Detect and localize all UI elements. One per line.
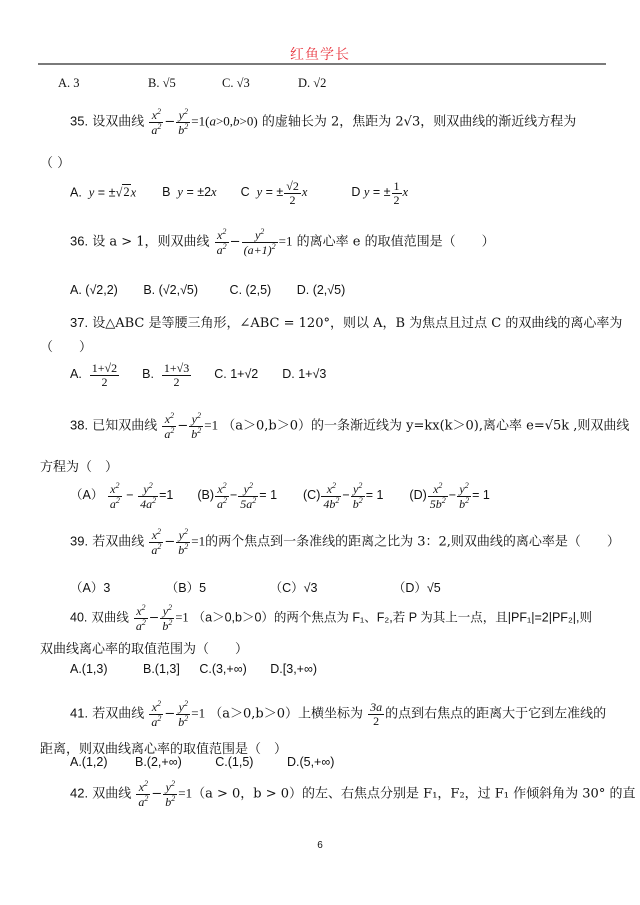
question-text: 若双曲线 xyxy=(92,535,144,550)
option-c: C.(3,+∞) xyxy=(199,662,246,676)
question-36: 36. 设 a > 1，则双曲线 x2a2−y2(a+1)2=1 的离心率 e … xyxy=(70,228,495,256)
option-a: A.(1,2) xyxy=(70,755,108,769)
option-c: C.(1,5) xyxy=(215,755,253,769)
option-a: （A）3 xyxy=(70,581,110,595)
fraction-3a-2: 3a2 xyxy=(368,701,384,727)
fraction-y2-a1sq: y2(a+1)2 xyxy=(242,228,278,256)
page-number: 6 xyxy=(0,840,640,851)
question-text: 设 a > 1，则双曲线 xyxy=(92,235,209,250)
question-text-after: （a > 0，b > 0）的左、右焦点分别是 F₁，F₂，过 F₁ 作倾斜角为 … xyxy=(192,787,635,802)
option-a: （A） x2a2 − y24a2=1 xyxy=(70,488,173,502)
option-row: A. (√2,2) B. (√2,√5) C. (2,5) D. (2,√5) xyxy=(70,283,345,297)
question-text-after: 的虚轴长为 2，焦距为 2√3，则双曲线的渐近线方程为 xyxy=(262,115,576,130)
question-number: 41. xyxy=(70,706,88,721)
header-divider xyxy=(38,63,606,65)
question-line2: 方程为（ ） xyxy=(40,456,118,475)
fraction-x2-a2: x2a2 xyxy=(136,780,150,808)
option-row: A. 1+√22 B. 1+√32 C. 1+√2 D. 1+√3 xyxy=(70,362,326,388)
prev-option-a: A. 3 xyxy=(58,76,80,91)
question-text-mid: （a＞0,b＞0）上横坐标为 xyxy=(209,707,363,722)
question-37: 37. 设△ABC 是等腰三角形，∠ABC = 120°，则以 A，B 为焦点且… xyxy=(70,312,622,331)
fraction-y2-b2: y2b2 xyxy=(189,412,203,440)
fraction-x2-a2: x2a2 xyxy=(149,108,163,136)
question-text: 双曲线 xyxy=(92,787,131,802)
option-c: C. 1+√2 xyxy=(214,367,258,381)
option-b: B. (√2,√5) xyxy=(143,283,198,297)
option-b: B y = ±2x xyxy=(162,185,216,199)
option-b: （B）5 xyxy=(166,581,206,595)
answer-blank: （ ） xyxy=(40,336,92,355)
question-text: 若双曲线 xyxy=(92,707,144,722)
option-b: B.(2,+∞) xyxy=(135,755,182,769)
question-number: 35. xyxy=(70,114,88,129)
question-text-after: 的两个焦点到一条准线的距离之比为 3：2,则双曲线的离心率是（ ） xyxy=(205,535,620,550)
option-c: (C)x24b2−y2b2= 1 xyxy=(303,488,383,502)
option-d: D y = ±12x xyxy=(351,185,408,199)
fraction-x2-a2: x2a2 xyxy=(134,604,148,632)
option-a: A. 1+√22 xyxy=(70,367,120,381)
document-header-title: 红鱼学长 xyxy=(0,44,640,64)
fraction-x2-a2: x2a2 xyxy=(149,528,163,556)
fraction-y2-b2: y2b2 xyxy=(163,780,177,808)
prev-option-b: B. √5 xyxy=(148,76,176,91)
question-40: 40. 双曲线 x2a2−y2b2=1 （a＞0,b＞0）的两个焦点为 F₁、F… xyxy=(70,604,592,632)
fraction-y2-b2: y2b2 xyxy=(176,528,190,556)
question-41: 41. 若双曲线 x2a2−y2b2=1 （a＞0,b＞0）上横坐标为 3a2的… xyxy=(70,700,606,728)
prev-option-c: C. √3 xyxy=(222,76,250,91)
option-d: D.[3,+∞) xyxy=(270,662,317,676)
option-a: A. y = ±√2x xyxy=(70,184,136,199)
option-b: B. 1+√32 xyxy=(142,367,192,381)
option-d: D. 1+√3 xyxy=(282,367,326,381)
question-number: 38. xyxy=(70,418,88,433)
question-42: 42. 双曲线 x2a2−y2b2=1（a > 0，b > 0）的左、右焦点分别… xyxy=(70,780,635,808)
option-row: A. y = ±√2x B y = ±2x C y = ±√22x D y = … xyxy=(70,180,408,206)
option-c: C y = ±√22x xyxy=(241,185,308,199)
option-row: A.(1,2) B.(2,+∞) C.(1,5) D.(5,+∞) xyxy=(70,755,334,769)
option-d: D.(5,+∞) xyxy=(287,755,334,769)
fraction-x2-a2: x2a2 xyxy=(149,700,163,728)
question-number: 37. xyxy=(70,315,88,330)
option-a: A.(1,3) xyxy=(70,662,108,676)
question-number: 40. xyxy=(70,611,87,625)
question-line2: 双曲线离心率的取值范围为（ ） xyxy=(40,638,248,657)
question-number: 42. xyxy=(70,786,88,801)
question-text: 设△ABC 是等腰三角形，∠ABC = 120°，则以 A，B 为焦点且过点 C… xyxy=(92,316,622,331)
option-d: D. (2,√5) xyxy=(297,283,346,297)
question-35: 35. 设双曲线 x2a2−y2b2=1(a>0,b>0) 的虚轴长为 2，焦距… xyxy=(70,108,576,136)
fraction-x2-a2: x2a2 xyxy=(215,228,229,256)
question-39: 39. 若双曲线 x2a2−y2b2=1的两个焦点到一条准线的距离之比为 3：2… xyxy=(70,528,620,556)
question-text: 已知双曲线 xyxy=(92,419,157,434)
question-38: 38. 已知双曲线 x2a2−y2b2=1 （a＞0,b＞0）的一条渐近线为 y… xyxy=(70,412,629,440)
question-text-after: （a＞0,b＞0）的一条渐近线为 y=kx(k＞0),离心率 e=√5k ,则双… xyxy=(222,419,629,434)
option-d: (D)x25b2−y2b2= 1 xyxy=(409,488,489,502)
answer-blank: （ ） xyxy=(40,152,70,171)
question-text-after: 的点到右焦点的距离大于它到左准线的 xyxy=(385,707,606,722)
question-text-after: 的离心率 e 的取值范围是（ ） xyxy=(297,235,495,250)
option-c: （C）√3 xyxy=(270,581,318,595)
option-row: （A）3 （B）5 （C）√3 （D）√5 xyxy=(70,578,441,596)
option-c: C. (2,5) xyxy=(230,283,272,297)
question-text: 设双曲线 xyxy=(92,115,144,130)
question-text-after: （a＞0,b＞0）的两个焦点为 F₁、F₂,若 P 为其上一点，且|PF₁|=2… xyxy=(193,611,592,625)
question-text: 双曲线 xyxy=(91,610,129,625)
fraction-x2-a2: x2a2 xyxy=(162,412,176,440)
option-d: （D）√5 xyxy=(393,581,441,595)
fraction-y2-b2: y2b2 xyxy=(160,604,174,632)
prev-option-d: D. √2 xyxy=(298,76,326,91)
option-a: A. (√2,2) xyxy=(70,283,118,297)
fraction-y2-b2: y2b2 xyxy=(176,700,190,728)
option-b: (B)x2a2−y25a2= 1 xyxy=(197,488,277,502)
option-row: （A） x2a2 − y24a2=1 (B)x2a2−y25a2= 1 (C)x… xyxy=(70,482,490,510)
question-number: 39. xyxy=(70,534,88,549)
question-number: 36. xyxy=(70,234,88,249)
option-row: A.(1,3) B.(1,3] C.(3,+∞) D.[3,+∞) xyxy=(70,662,317,676)
option-b: B.(1,3] xyxy=(143,662,180,676)
fraction-y2-b2: y2b2 xyxy=(176,108,190,136)
